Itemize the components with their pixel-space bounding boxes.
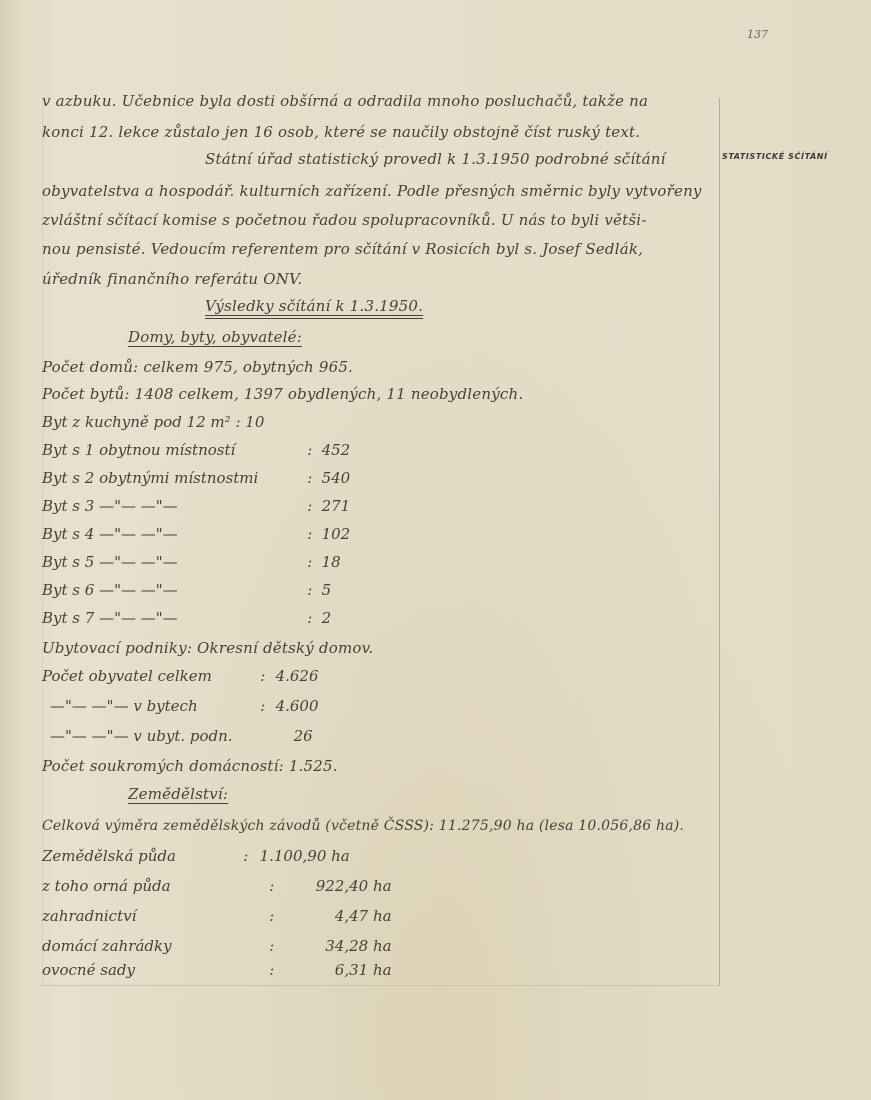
flat-sep: : [303,609,317,627]
land-sep: : [237,877,307,895]
land-row: Zemědělská půda : 1.100,90 ha [42,847,350,865]
land-label: zahradnictví [42,907,232,925]
households-line: Počet soukromých domácností: 1.525. [42,757,338,775]
land-label: domácí zahrádky [42,937,232,955]
population-value: 4.600 [276,697,319,715]
total-area-line: Celková výměra zemědělských závodů (včet… [42,818,684,834]
land-label: ovocné sady [42,961,232,979]
flat-sep: : [303,469,317,487]
intro-line: obyvatelstva a hospodář. kulturních zaří… [42,182,702,200]
flat-row: Byt s 3 —"— —"— : 271 [42,497,350,515]
land-value: 6,31 ha [312,961,392,979]
flat-value: 452 [322,441,351,459]
land-sep: : [237,937,307,955]
population-label: Počet obyvatel celkem [42,667,250,685]
flat-value: 2 [322,609,332,627]
page-number: 137 [747,28,768,41]
land-row: zahradnictví : 4,47 ha [42,907,392,925]
intro-line: v azbuku. Učebnice byla dosti obšírná a … [42,92,648,110]
flat-row: Byt s 6 —"— —"— : 5 [42,581,331,599]
land-row: domácí zahrádky : 34,28 ha [42,937,392,955]
lodging-line: Ubytovací podniky: Okresní dětský domov. [42,639,373,657]
flat-row: Byt z kuchyně pod 12 m² : 10 [42,413,264,431]
flat-sep: : [303,525,317,543]
flat-sep: : [303,497,317,515]
flat-row: Byt s 5 —"— —"— : 18 [42,553,341,571]
flat-row: Byt s 2 obytnými místnostmi : 540 [42,469,350,487]
land-sep: : [237,847,255,865]
flat-value: 540 [322,469,351,487]
intro-line: nou pensisté. Vedoucím referentem pro sč… [42,240,643,258]
houses-count: Počet domů: celkem 975, obytných 965. [42,358,353,376]
population-sep: : [255,697,271,715]
flat-label: Byt s 4 —"— —"— [42,525,298,543]
population-label: —"— —"— v bytech [42,697,250,715]
flat-value: 5 [322,581,332,599]
agriculture-heading: Zemědělství: [128,785,228,803]
flat-label: Byt s 6 —"— —"— [42,581,298,599]
flat-label: Byt s 2 obytnými místnostmi [42,469,298,487]
flat-label: Byt s 3 —"— —"— [42,497,298,515]
flat-value: 271 [322,497,351,515]
housing-heading: Domy, byty, obyvatelé: [128,328,302,346]
population-row: Počet obyvatel celkem : 4.626 [42,667,319,685]
flat-row: Byt s 4 —"— —"— : 102 [42,525,350,543]
results-heading: Výsledky sčítání k 1.3.1950. [205,297,423,315]
flat-label: Byt s 1 obytnou místností [42,441,298,459]
land-sep: : [237,907,307,925]
population-label: —"— —"— v ubyt. podn. [42,727,250,745]
flat-row: Byt s 1 obytnou místností : 452 [42,441,350,459]
land-row: ovocné sady : 6,31 ha [42,961,392,979]
population-value: 26 [276,727,313,745]
land-value: 922,40 ha [312,877,392,895]
intro-line: úředník finančního referátu ONV. [42,270,302,288]
flat-row: Byt s 7 —"— —"— : 2 [42,609,331,627]
flat-label: Byt z kuchyně pod 12 m² [42,413,231,431]
flat-sep: : [303,441,317,459]
margin-note: STATISTICKÉ SČÍTÁNÍ [722,152,828,161]
land-label: z toho orná půda [42,877,232,895]
population-row: —"— —"— v bytech : 4.600 [42,697,319,715]
land-value: 1.100,90 ha [260,847,350,865]
population-value: 4.626 [276,667,319,685]
land-label: Zemědělská půda [42,847,232,865]
flat-value: 18 [322,553,341,571]
population-row: —"— —"— v ubyt. podn. 26 [42,727,313,745]
land-value: 4,47 ha [312,907,392,925]
land-row: z toho orná půda : 922,40 ha [42,877,392,895]
intro-line: Státní úřad statistický provedl k 1.3.19… [205,150,666,168]
flat-value: 102 [322,525,351,543]
land-value: 34,28 ha [312,937,392,955]
flat-label: Byt s 5 —"— —"— [42,553,298,571]
population-sep: : [255,667,271,685]
land-sep: : [237,961,307,979]
flat-sep: : [235,413,240,431]
flat-sep: : [303,553,317,571]
flat-value: 10 [245,413,264,431]
flats-count: Počet bytů: 1408 celkem, 1397 obydlených… [42,385,523,403]
intro-line: konci 12. lekce zůstalo jen 16 osob, kte… [42,123,640,141]
flat-sep: : [303,581,317,599]
intro-line: zvláštní sčítací komise s početnou řadou… [42,211,647,229]
flat-label: Byt s 7 —"— —"— [42,609,298,627]
